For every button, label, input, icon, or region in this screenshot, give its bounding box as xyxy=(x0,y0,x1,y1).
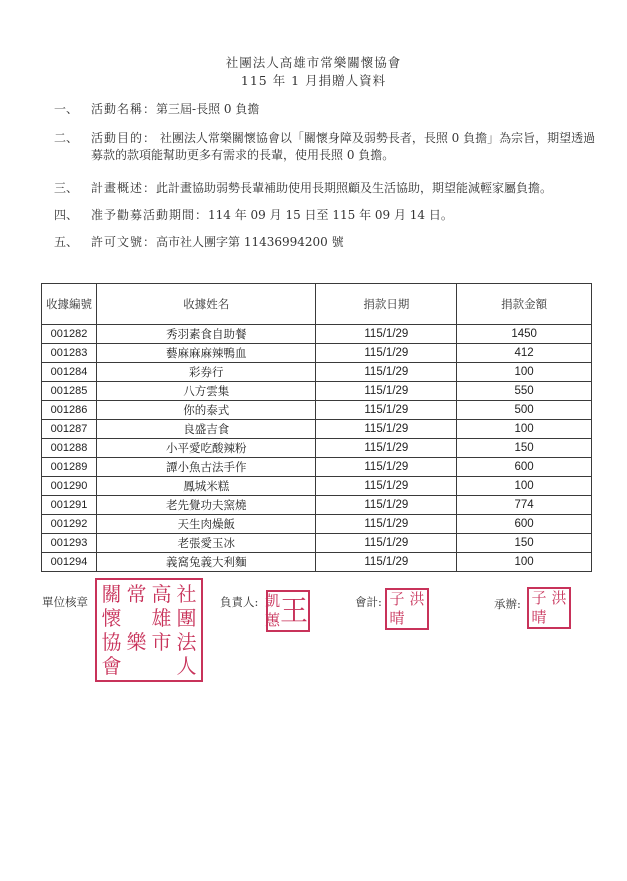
receipt-id: 001290 xyxy=(42,477,97,496)
seal-char xyxy=(149,654,174,678)
donor-name: 秀羽素食自助餐 xyxy=(96,325,316,344)
donation-date: 115/1/29 xyxy=(316,420,457,439)
column-header-donation-amount: 捐款金額 xyxy=(457,284,592,325)
receipt-id: 001282 xyxy=(42,325,97,344)
section-label: 准予勸募活動期間： xyxy=(91,208,208,222)
donation-amount: 600 xyxy=(457,515,592,534)
section-number: 四、 xyxy=(54,207,90,224)
boss-label: 負責人: xyxy=(220,594,258,610)
donation-amount: 150 xyxy=(457,534,592,553)
seal-char: 會 xyxy=(99,654,124,678)
section-text: 第三屆-長照 0 負擔 xyxy=(156,102,259,116)
organization-seal: 社 團 法 人 高 雄 市 常 樂 關 懷 協 會 xyxy=(95,578,203,682)
donation-amount: 1450 xyxy=(457,325,592,344)
column-header-receipt-name: 收據姓名 xyxy=(96,284,316,325)
donation-amount: 500 xyxy=(457,401,592,420)
seal-char: 高 xyxy=(149,582,174,606)
donation-amount: 412 xyxy=(457,344,592,363)
donor-name: 藝麻麻麻辣鴨血 xyxy=(96,344,316,363)
table-row: 001294義窩兔義大利麵115/1/29100 xyxy=(42,553,592,572)
section-label: 活動目的： xyxy=(91,131,156,145)
donation-date: 115/1/29 xyxy=(316,363,457,382)
donation-date: 115/1/29 xyxy=(316,458,457,477)
seal-char xyxy=(407,609,427,628)
donation-date: 115/1/29 xyxy=(316,344,457,363)
section-number: 二、 xyxy=(54,130,90,147)
donor-name: 譚小魚古法手作 xyxy=(96,458,316,477)
document-title: 社團法人高雄市常樂關懷協會 xyxy=(0,53,627,71)
donation-amount: 100 xyxy=(457,420,592,439)
seal-char: 蕙 xyxy=(265,611,280,630)
donor-name: 鳳城米糕 xyxy=(96,477,316,496)
donor-name: 小平愛吃酸辣粉 xyxy=(96,439,316,458)
table-row: 001293老張愛玉冰115/1/29150 xyxy=(42,534,592,553)
donation-date: 115/1/29 xyxy=(316,496,457,515)
receipt-id: 001287 xyxy=(42,420,97,439)
seal-char xyxy=(124,654,149,678)
donation-amount: 774 xyxy=(457,496,592,515)
donation-amount: 150 xyxy=(457,439,592,458)
section-text: 114 年 09 月 15 日至 115 年 09 月 14 日。 xyxy=(208,208,453,222)
donation-amount: 100 xyxy=(457,553,592,572)
accountant-label: 會計: xyxy=(355,594,382,610)
section-number: 一、 xyxy=(54,101,90,118)
seal-char: 團 xyxy=(174,606,199,630)
section-label: 活動名稱： xyxy=(91,102,156,116)
receipt-id: 001283 xyxy=(42,344,97,363)
seal-char: 洪 xyxy=(549,589,569,608)
handler-label: 承辦: xyxy=(494,596,521,612)
donor-name: 彩券行 xyxy=(96,363,316,382)
section-text: 此計畫協助弱勢長輩補助使用長期照顧及生活協助，期望能減輕家屬負擔。 xyxy=(156,181,552,195)
table-header-row: 收據編號 收據姓名 捐款日期 捐款金額 xyxy=(42,284,592,325)
section-label: 計畫概述： xyxy=(91,181,156,195)
donor-name: 你的泰式 xyxy=(96,401,316,420)
receipt-id: 001291 xyxy=(42,496,97,515)
receipt-id: 001285 xyxy=(42,382,97,401)
donor-table: 收據編號 收據姓名 捐款日期 捐款金額 001282秀羽素食自助餐115/1/2… xyxy=(41,283,592,572)
section-label: 許可文號： xyxy=(91,235,156,249)
donation-amount: 600 xyxy=(457,458,592,477)
unit-seal-label: 單位核章 xyxy=(42,594,88,610)
seal-char xyxy=(124,606,149,630)
donation-date: 115/1/29 xyxy=(316,382,457,401)
seal-char: 法 xyxy=(174,630,199,654)
donation-amount: 100 xyxy=(457,363,592,382)
table-row: 001283藝麻麻麻辣鴨血115/1/29412 xyxy=(42,344,592,363)
seal-char xyxy=(549,608,569,627)
seal-char: 子 xyxy=(387,590,407,609)
seal-char: 洪 xyxy=(407,590,427,609)
donation-date: 115/1/29 xyxy=(316,553,457,572)
receipt-id: 001293 xyxy=(42,534,97,553)
receipt-id: 001288 xyxy=(42,439,97,458)
handler-seal: 洪 子 晴 xyxy=(527,587,571,629)
donation-amount: 550 xyxy=(457,382,592,401)
seal-char: 雄 xyxy=(149,606,174,630)
donor-name: 老張愛玉冰 xyxy=(96,534,316,553)
table-row: 001292天生肉燥飯115/1/29600 xyxy=(42,515,592,534)
donation-date: 115/1/29 xyxy=(316,401,457,420)
column-header-receipt-id: 收據編號 xyxy=(42,284,97,325)
seal-char: 社 xyxy=(174,582,199,606)
seal-char: 子 xyxy=(529,589,549,608)
donor-name: 良盛吉食 xyxy=(96,420,316,439)
seal-char: 王 xyxy=(280,592,308,630)
boss-seal: 王 凱 蕙 xyxy=(266,590,310,632)
table-row: 001286你的泰式115/1/29500 xyxy=(42,401,592,420)
donation-date: 115/1/29 xyxy=(316,515,457,534)
receipt-id: 001284 xyxy=(42,363,97,382)
donation-date: 115/1/29 xyxy=(316,439,457,458)
section-number: 五、 xyxy=(54,234,90,251)
seal-char: 市 xyxy=(149,630,174,654)
seal-char: 協 xyxy=(99,630,124,654)
accountant-seal: 洪 子 晴 xyxy=(385,588,429,630)
table-row: 001287良盛吉食115/1/29100 xyxy=(42,420,592,439)
table-row: 001288小平愛吃酸辣粉115/1/29150 xyxy=(42,439,592,458)
seal-char: 凱 xyxy=(265,592,280,611)
receipt-id: 001292 xyxy=(42,515,97,534)
donor-name: 義窩兔義大利麵 xyxy=(96,553,316,572)
seal-char: 晴 xyxy=(529,608,549,627)
receipt-id: 001289 xyxy=(42,458,97,477)
donation-date: 115/1/29 xyxy=(316,477,457,496)
column-header-donation-date: 捐款日期 xyxy=(316,284,457,325)
table-row: 001282秀羽素食自助餐115/1/291450 xyxy=(42,325,592,344)
table-row: 001289譚小魚古法手作115/1/29600 xyxy=(42,458,592,477)
seal-char: 懷 xyxy=(99,606,124,630)
document-subtitle: 115 年 1 月捐贈人資料 xyxy=(0,71,627,89)
section-text: 高市社人團字第 11436994200 號 xyxy=(156,235,344,249)
table-row: 001285八方雲集115/1/29550 xyxy=(42,382,592,401)
seal-char: 關 xyxy=(99,582,124,606)
section-text: 社團法人常樂關懷協會以「關懷身障及弱勢長者，長照 0 負擔」為宗旨，期望透過募款… xyxy=(91,131,595,162)
donation-date: 115/1/29 xyxy=(316,325,457,344)
donation-date: 115/1/29 xyxy=(316,534,457,553)
table-row: 001284彩券行115/1/29100 xyxy=(42,363,592,382)
seal-char: 樂 xyxy=(124,630,149,654)
seal-char: 常 xyxy=(124,582,149,606)
donor-name: 天生肉燥飯 xyxy=(96,515,316,534)
donation-amount: 100 xyxy=(457,477,592,496)
receipt-id: 001294 xyxy=(42,553,97,572)
table-row: 001291老先覺功夫窯燒115/1/29774 xyxy=(42,496,592,515)
donor-name: 八方雲集 xyxy=(96,382,316,401)
seal-char: 人 xyxy=(174,654,199,678)
donor-name: 老先覺功夫窯燒 xyxy=(96,496,316,515)
seal-char: 晴 xyxy=(387,609,407,628)
section-number: 三、 xyxy=(54,180,90,197)
table-row: 001290鳳城米糕115/1/29100 xyxy=(42,477,592,496)
receipt-id: 001286 xyxy=(42,401,97,420)
